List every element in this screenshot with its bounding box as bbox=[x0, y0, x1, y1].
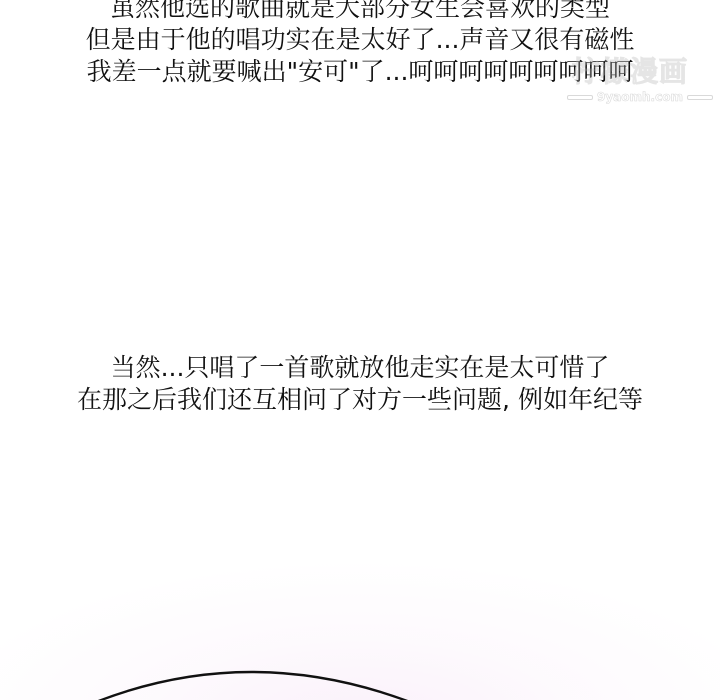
watermark-url: 9yaomh.com bbox=[560, 90, 720, 104]
caption-line: 当然...只唱了一首歌就放他走实在是太可惜了 bbox=[0, 352, 720, 384]
caption-line: 在那之后我们还互相问了对方一些问题, 例如年纪等 bbox=[0, 384, 720, 416]
caption-line: 但是由于他的唱功实在是太好了...声音又很有磁性 bbox=[0, 24, 720, 56]
caption-line: 我差一点就要喊出"安可"了...呵呵呵呵呵呵呵呵呵 bbox=[0, 56, 720, 88]
caption-line: 虽然他选的歌曲就是大部分女生会喜欢的类型 bbox=[0, 0, 720, 24]
caption-top: 虽然他选的歌曲就是大部分女生会喜欢的类型 但是由于他的唱功实在是太好了...声音… bbox=[0, 0, 720, 88]
caption-bottom: 当然...只唱了一首歌就放他走实在是太可惜了 在那之后我们还互相问了对方一些问题… bbox=[0, 352, 720, 416]
comic-panel: 虽然他选的歌曲就是大部分女生会喜欢的类型 但是由于他的唱功实在是太好了...声音… bbox=[0, 0, 720, 700]
speech-bubble-arc bbox=[0, 660, 720, 700]
